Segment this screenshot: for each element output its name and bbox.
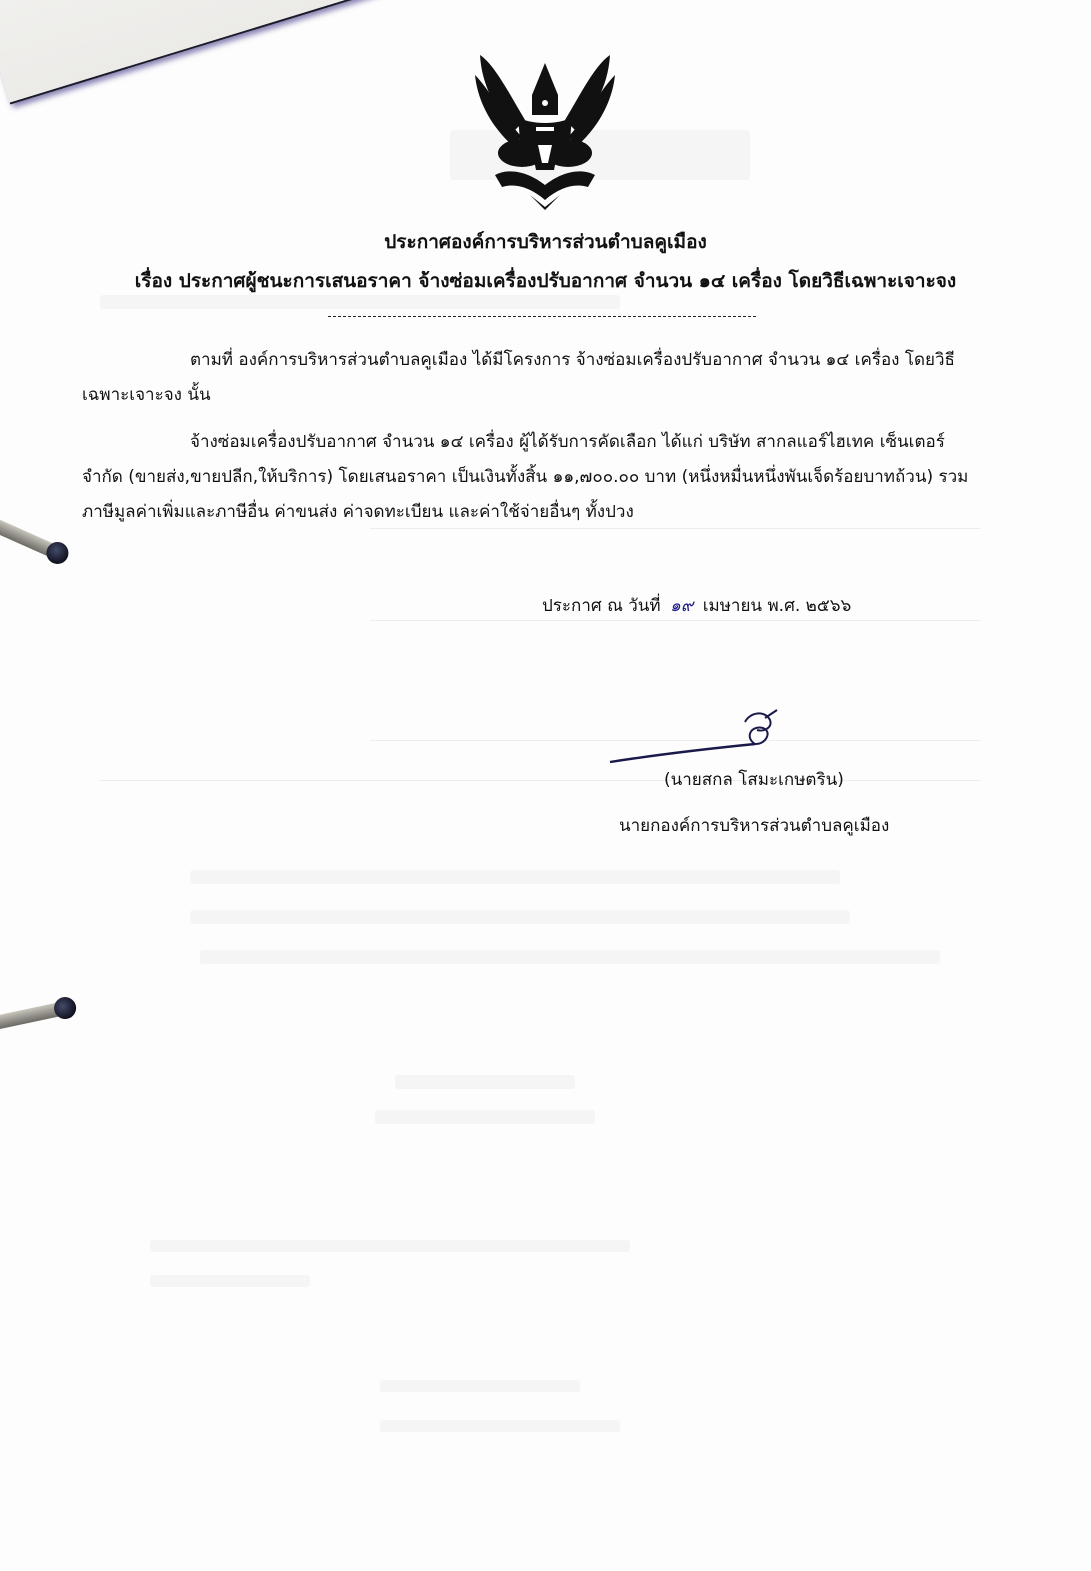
binder-pin-bottom: [0, 1000, 71, 1037]
garuda-emblem-icon: [470, 45, 620, 210]
document-subject: เรื่อง ประกาศผู้ชนะการเสนอราคา จ้างซ่อมเ…: [0, 266, 1091, 296]
date-month-year: เมษายน พ.ศ. ๒๕๖๖: [703, 596, 852, 616]
paragraph-award-text: จ้างซ่อมเครื่องปรับอากาศ จำนวน ๑๔ เครื่อ…: [82, 432, 968, 522]
paragraph-award: จ้างซ่อมเครื่องปรับอากาศ จำนวน ๑๔ เครื่อ…: [82, 425, 982, 530]
folded-paper-corner: [0, 0, 508, 104]
signer-position: นายกองค์การบริหารส่วนตำบลคูเมือง: [619, 812, 889, 839]
heading-divider: [328, 316, 756, 317]
binder-pin-top: [0, 504, 65, 562]
date-prefix: ประกาศ ณ วันที่: [542, 596, 661, 616]
handwritten-day: ๑๙: [666, 596, 697, 616]
announcement-date: ประกาศ ณ วันที่ ๑๙ เมษายน พ.ศ. ๒๕๖๖: [542, 592, 851, 619]
paragraph-intro: ตามที่ องค์การบริหารส่วนตำบลคูเมือง ได้ม…: [82, 343, 982, 413]
signature-icon: [605, 700, 805, 770]
paragraph-intro-text: ตามที่ องค์การบริหารส่วนตำบลคูเมือง ได้ม…: [82, 350, 955, 405]
signer-name: (นายสกล โสมะเกษตริน): [664, 766, 844, 793]
document-heading: ประกาศองค์การบริหารส่วนตำบลคูเมือง: [0, 227, 1091, 257]
